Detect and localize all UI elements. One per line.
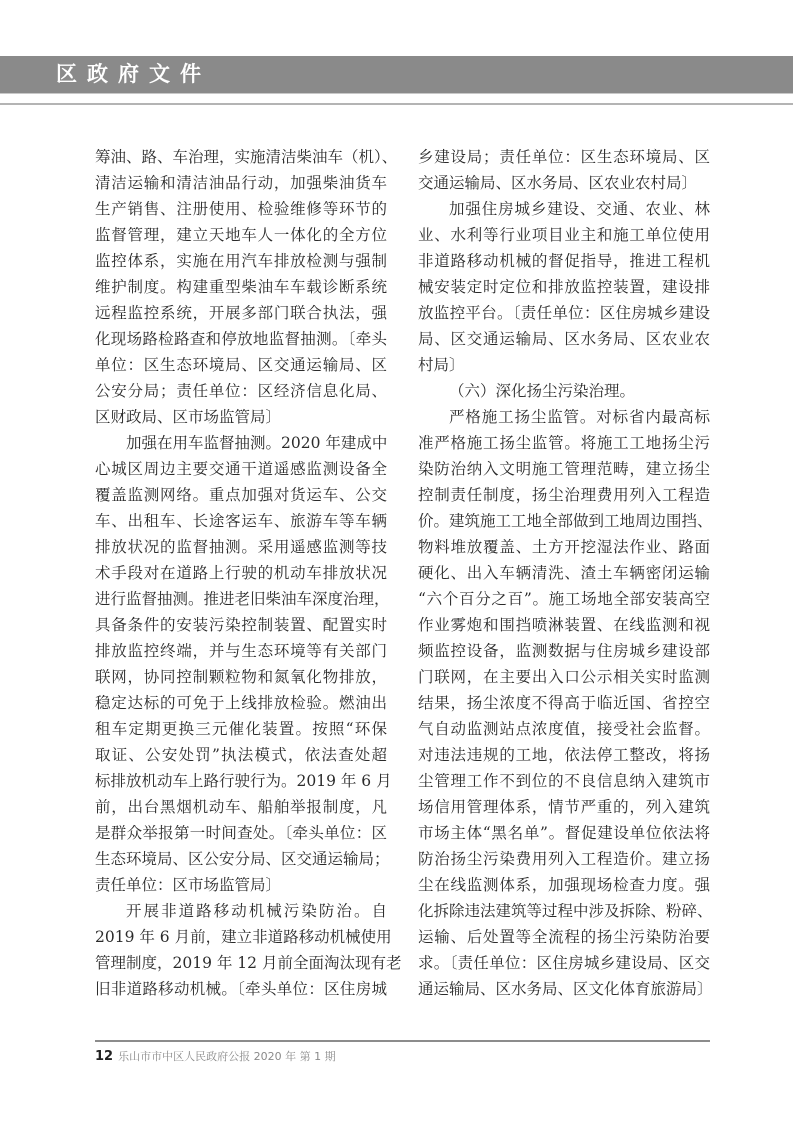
- text-line: 市场主体“黑名单”。督促建设单位依法将: [418, 820, 710, 846]
- text-line: 械安装定时定位和排放监控装置，建设排: [418, 274, 710, 300]
- text-line: 非道路移动机械的督促指导，推进工程机: [418, 248, 710, 274]
- text-line: 局、区交通运输局、区水务局、区农业农: [418, 326, 710, 352]
- text-line: 稳定达标的可免于上线排放检验。燃油出: [95, 690, 387, 716]
- text-line: 进行监督抽测。推进老旧柴油车深度治理，: [95, 586, 387, 612]
- text-line: 化拆除违法建筑等过程中涉及拆除、粉碎、: [418, 898, 710, 924]
- text-line: 维护制度。构建重型柴油车车载诊断系统: [95, 274, 387, 300]
- text-line: 术手段对在道路上行驶的机动车排放状况: [95, 560, 387, 586]
- section-title: 区政府文件: [56, 62, 211, 86]
- text-line: 取证、公安处罚”执法模式，依法查处超: [95, 742, 387, 768]
- text-line: 责任单位：区市场监管局〕: [95, 872, 387, 898]
- text-line: 生态环境局、区公安分局、区交通运输局；: [95, 846, 387, 872]
- text-line: 染防治纳入文明施工管理范畴，建立扬尘: [418, 456, 710, 482]
- text-line: 尘在线监测体系，加强现场检查力度。强: [418, 872, 710, 898]
- text-line: 排放监控终端，并与生态环境等有关部门: [95, 638, 387, 664]
- text-line: 远程监控系统，开展多部门联合执法，强: [95, 300, 387, 326]
- text-line: （六）深化扬尘污染治理。: [418, 378, 710, 404]
- text-line: 2019 年 6 月前，建立非道路移动机械使用: [95, 924, 387, 950]
- page-number: 12: [95, 1049, 113, 1064]
- text-line: 价。建筑施工工地全部做到工地周边围挡、: [418, 508, 710, 534]
- text-line: “六个百分之百”。施工场地全部安装高空: [418, 586, 710, 612]
- text-line: 筹油、路、车治理，实施清洁柴油车（机）、: [95, 144, 387, 170]
- text-line: 监控体系，实施在用汽车排放检测与强制: [95, 248, 387, 274]
- text-line: 化现场路检路查和停放地监督抽测。〔牵头: [95, 326, 387, 352]
- text-line: 频监控设备，监测数据与住房城乡建设部: [418, 638, 710, 664]
- text-line: 排放状况的监督抽测。采用遥感监测等技: [95, 534, 387, 560]
- left-text-column: 筹油、路、车治理，实施清洁柴油车（机）、清洁运输和清洁油品行动，加强柴油货车生产…: [95, 144, 387, 1002]
- text-line: 覆盖监测网络。重点加强对货运车、公交: [95, 482, 387, 508]
- right-text-column: 乡建设局；责任单位：区生态环境局、区交通运输局、区水务局、区农业农村局〕加强住房…: [418, 144, 710, 1002]
- text-line: 业、水利等行业项目业主和施工单位使用: [418, 222, 710, 248]
- footer-divider: [95, 1040, 710, 1042]
- text-line: 村局〕: [418, 352, 710, 378]
- publication-title: 乐山市市中区人民政府公报 2020 年 第 1 期: [118, 1050, 335, 1063]
- text-line: 准严格施工扬尘监管。将施工工地扬尘污: [418, 430, 710, 456]
- text-line: 是群众举报第一时间查处。〔牵头单位：区: [95, 820, 387, 846]
- text-line: 硬化、出入车辆清洗、渣土车辆密闭运输: [418, 560, 710, 586]
- text-line: 结果，扬尘浓度不得高于临近国、省控空: [418, 690, 710, 716]
- text-line: 公安分局；责任单位：区经济信息化局、: [95, 378, 387, 404]
- header-divider: [0, 103, 793, 105]
- text-line: 心城区周边主要交通干道遥感监测设备全: [95, 456, 387, 482]
- text-line: 旧非道路移动机械。〔牵头单位：区住房城: [95, 976, 387, 1002]
- text-line: 放监控平台。〔责任单位：区住房城乡建设: [418, 300, 710, 326]
- text-line: 通运输局、区水务局、区文化体育旅游局〕: [418, 976, 710, 1002]
- text-line: 区财政局、区市场监管局〕: [95, 404, 387, 430]
- text-line: 门联网，在主要出入口公示相关实时监测: [418, 664, 710, 690]
- text-line: 乡建设局；责任单位：区生态环境局、区: [418, 144, 710, 170]
- text-line: 开展非道路移动机械污染防治。自: [95, 898, 387, 924]
- text-line: 加强在用车监督抽测。2020 年建成中: [95, 430, 387, 456]
- text-line: 物料堆放覆盖、土方开挖湿法作业、路面: [418, 534, 710, 560]
- text-line: 联网，协同控制颗粒物和氮氧化物排放，: [95, 664, 387, 690]
- text-line: 交通运输局、区水务局、区农业农村局〕: [418, 170, 710, 196]
- text-line: 监督管理，建立天地车人一体化的全方位: [95, 222, 387, 248]
- text-line: 车、出租车、长途客运车、旅游车等车辆: [95, 508, 387, 534]
- text-line: 租车定期更换三元催化装置。按照“环保: [95, 716, 387, 742]
- text-line: 求。〔责任单位：区住房城乡建设局、区交: [418, 950, 710, 976]
- text-line: 控制责任制度，扬尘治理费用列入工程造: [418, 482, 710, 508]
- text-line: 管理制度，2019 年 12 月前全面淘汰现有老: [95, 950, 387, 976]
- text-line: 具备条件的安装污染控制装置、配置实时: [95, 612, 387, 638]
- section-header-band: 区政府文件: [0, 56, 793, 94]
- text-line: 场信用管理体系，情节严重的，列入建筑: [418, 794, 710, 820]
- text-line: 作业雾炮和围挡喷淋装置、在线监测和视: [418, 612, 710, 638]
- text-line: 加强住房城乡建设、交通、农业、林: [418, 196, 710, 222]
- text-line: 标排放机动车上路行驶行为。2019 年 6 月: [95, 768, 387, 794]
- text-line: 运输、后处置等全流程的扬尘污染防治要: [418, 924, 710, 950]
- page-footer: 12乐山市市中区人民政府公报 2020 年 第 1 期: [95, 1049, 336, 1065]
- text-line: 前，出台黑烟机动车、船舶举报制度，凡: [95, 794, 387, 820]
- text-line: 尘管理工作不到位的不良信息纳入建筑市: [418, 768, 710, 794]
- text-line: 防治扬尘污染费用列入工程造价。建立扬: [418, 846, 710, 872]
- text-line: 清洁运输和清洁油品行动，加强柴油货车: [95, 170, 387, 196]
- text-line: 单位：区生态环境局、区交通运输局、区: [95, 352, 387, 378]
- text-line: 严格施工扬尘监管。对标省内最高标: [418, 404, 710, 430]
- text-line: 气自动监测站点浓度值，接受社会监督。: [418, 716, 710, 742]
- text-line: 生产销售、注册使用、检验维修等环节的: [95, 196, 387, 222]
- text-line: 对违法违规的工地，依法停工整改，将扬: [418, 742, 710, 768]
